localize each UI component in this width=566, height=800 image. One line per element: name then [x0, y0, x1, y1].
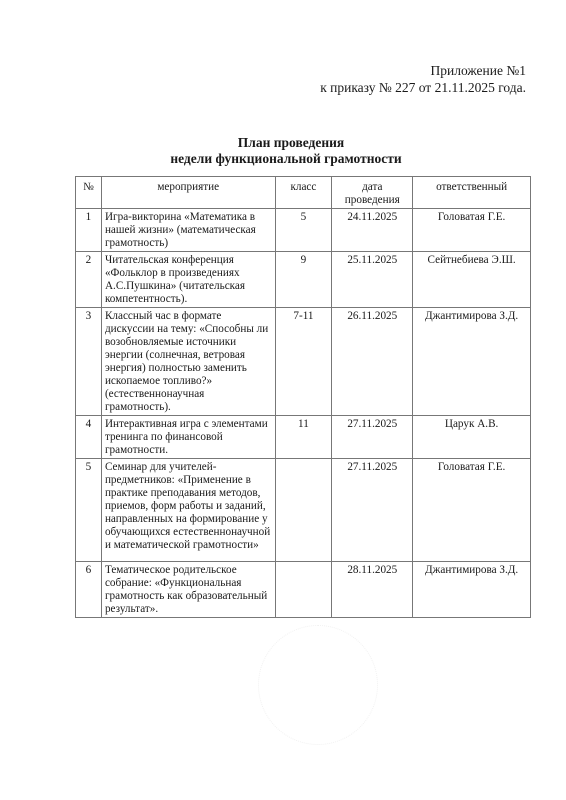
row-responsible: Головатая Г.Е. [413, 209, 531, 252]
table-row: 1 Игра-викторина «Математика в нашей жиз… [76, 209, 531, 252]
row-event: Игра-викторина «Математика в нашей жизни… [101, 209, 275, 252]
row-event: Тематическое родительское собрание: «Фун… [101, 562, 275, 618]
appendix-number: Приложение №1 [320, 62, 526, 79]
header-class: класс [275, 177, 332, 209]
document-title: План проведения недели функциональной гр… [0, 135, 566, 167]
row-date: 28.11.2025 [332, 562, 413, 618]
row-num: 2 [76, 252, 102, 308]
table-row: 3 Классный час в формате дискуссии на те… [76, 308, 531, 416]
row-class: 5 [275, 209, 332, 252]
row-responsible: Джантимирова З.Д. [413, 562, 531, 618]
row-num: 1 [76, 209, 102, 252]
row-num: 3 [76, 308, 102, 416]
row-responsible: Головатая Г.Е. [413, 459, 531, 562]
row-responsible: Царук А.В. [413, 416, 531, 459]
row-responsible: Джантимирова З.Д. [413, 308, 531, 416]
header-responsible: ответственный [413, 177, 531, 209]
row-event: Классный час в формате дискуссии на тему… [101, 308, 275, 416]
row-class: 11 [275, 416, 332, 459]
order-reference: к приказу № 227 от 21.11.2025 года. [320, 79, 526, 96]
header-num: № [76, 177, 102, 209]
row-class: 7-11 [275, 308, 332, 416]
row-date: 27.11.2025 [332, 459, 413, 562]
header-event: мероприятие [101, 177, 275, 209]
table-header-row: № мероприятие класс дата проведения отве… [76, 177, 531, 209]
table-row: 6 Тематическое родительское собрание: «Ф… [76, 562, 531, 618]
row-date: 27.11.2025 [332, 416, 413, 459]
row-event: Интерактивная игра с элементами тренинга… [101, 416, 275, 459]
row-num: 4 [76, 416, 102, 459]
events-plan-table: № мероприятие класс дата проведения отве… [75, 176, 531, 618]
title-line-2: недели функциональной грамотности [0, 151, 566, 167]
row-date: 26.11.2025 [332, 308, 413, 416]
row-event: Семинар для учителей-предметников: «Прим… [101, 459, 275, 562]
table-row: 4 Интерактивная игра с элементами тренин… [76, 416, 531, 459]
table-row: 2 Читательская конференция «Фольклор в п… [76, 252, 531, 308]
row-date: 25.11.2025 [332, 252, 413, 308]
row-class [275, 459, 332, 562]
row-class: 9 [275, 252, 332, 308]
appendix-reference: Приложение №1 к приказу № 227 от 21.11.2… [320, 62, 526, 96]
row-class [275, 562, 332, 618]
row-responsible: Сейтнебиева Э.Ш. [413, 252, 531, 308]
faint-stamp-mark [258, 625, 378, 745]
row-date: 24.11.2025 [332, 209, 413, 252]
table-row: 5 Семинар для учителей-предметников: «Пр… [76, 459, 531, 562]
header-date: дата проведения [332, 177, 413, 209]
row-event: Читательская конференция «Фольклор в про… [101, 252, 275, 308]
row-num: 5 [76, 459, 102, 562]
title-line-1: План проведения [0, 135, 566, 151]
row-num: 6 [76, 562, 102, 618]
